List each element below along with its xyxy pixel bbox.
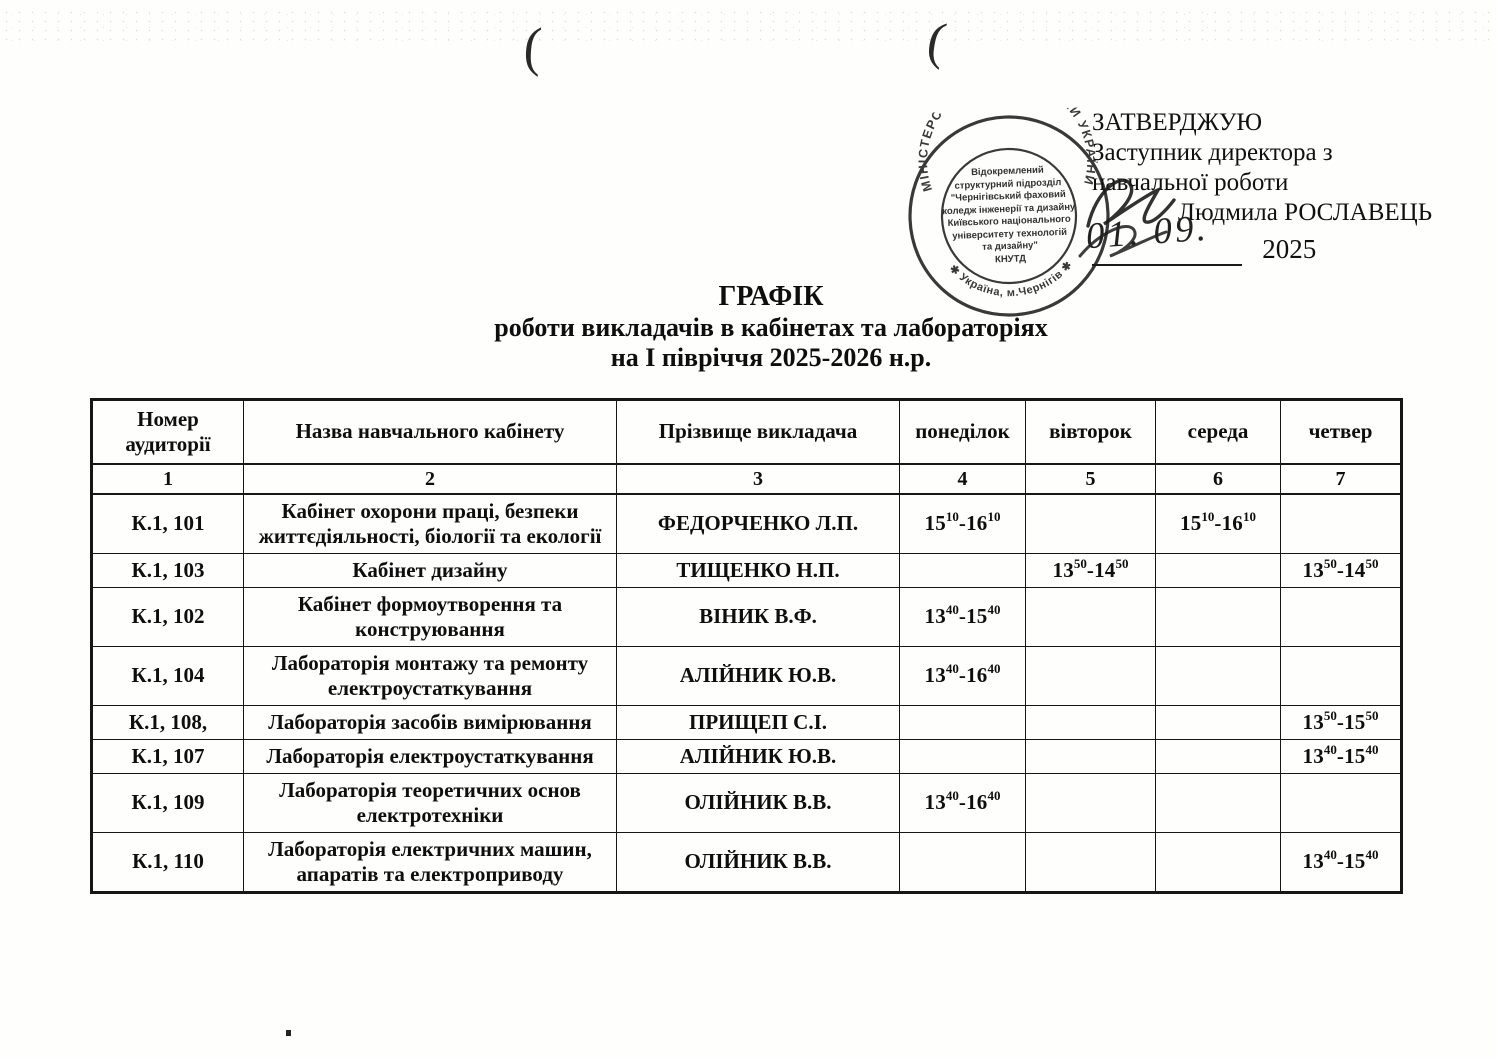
approval-block: ЗАТВЕРДЖУЮ Заступник директора з навчаль…	[1092, 108, 1472, 270]
room-cell: К.1, 102	[92, 587, 244, 646]
tuesday-cell	[1026, 705, 1156, 739]
colnum-7: 7	[1281, 464, 1402, 494]
thursday-cell: 1350-1550	[1281, 705, 1402, 739]
pen-mark-left-paren: (	[522, 16, 544, 79]
wednesday-cell: 1510-1610	[1156, 494, 1281, 554]
tuesday-cell	[1026, 739, 1156, 773]
monday-cell	[900, 739, 1026, 773]
cabinet-cell: Кабінет формоутворення та конструювання	[244, 587, 617, 646]
header-room: Номер аудиторії	[92, 400, 244, 464]
table-header-row: Номер аудиторії Назва навчального кабіне…	[92, 400, 1402, 464]
teacher-cell: ПРИЩЕП С.І.	[617, 705, 900, 739]
room-cell: К.1, 107	[92, 739, 244, 773]
document-title: ГРАФІК роботи викладачів в кабінетах та …	[46, 281, 1496, 373]
room-cell: К.1, 110	[92, 832, 244, 892]
colnum-3: 3	[617, 464, 900, 494]
thursday-cell	[1281, 646, 1402, 705]
title-line2: роботи викладачів в кабінетах та лаборат…	[46, 313, 1496, 343]
cabinet-cell: Кабінет охорони праці, безпеки життєдіял…	[244, 494, 617, 554]
room-cell: К.1, 103	[92, 553, 244, 587]
cabinet-cell: Лабораторія теоретичних основ електротех…	[244, 773, 617, 832]
tuesday-cell: 1350-1450	[1026, 553, 1156, 587]
colnum-5: 5	[1026, 464, 1156, 494]
colnum-2: 2	[244, 464, 617, 494]
tuesday-cell	[1026, 832, 1156, 892]
approval-date-line: 01. 09. 2025	[1092, 234, 1472, 270]
table-row: К.1, 101Кабінет охорони праці, безпеки ж…	[92, 494, 1402, 554]
colnum-4: 4	[900, 464, 1026, 494]
scan-noise-band	[0, 8, 1496, 48]
table-row: К.1, 102Кабінет формоутворення та констр…	[92, 587, 1402, 646]
wednesday-cell	[1156, 587, 1281, 646]
ink-dot-artifact	[286, 1030, 291, 1036]
approval-year: 2025	[1262, 234, 1316, 264]
table-row: К.1, 108,Лабораторія засобів вимірювання…	[92, 705, 1402, 739]
header-tuesday: вівторок	[1026, 400, 1156, 464]
title-line3: на І півріччя 2025-2026 н.р.	[46, 343, 1496, 373]
teacher-cell: ОЛІЙНИК В.В.	[617, 773, 900, 832]
monday-cell: 1340-1540	[900, 587, 1026, 646]
wednesday-cell	[1156, 773, 1281, 832]
column-numbering-row: 1 2 3 4 5 6 7	[92, 464, 1402, 494]
table-row: К.1, 109Лабораторія теоретичних основ ел…	[92, 773, 1402, 832]
table-row: К.1, 110Лабораторія електричних машин, а…	[92, 832, 1402, 892]
colnum-1: 1	[92, 464, 244, 494]
monday-cell: 1510-1610	[900, 494, 1026, 554]
teacher-cell: ВІНИК В.Ф.	[617, 587, 900, 646]
schedule-table-body: К.1, 101Кабінет охорони праці, безпеки ж…	[92, 494, 1402, 893]
thursday-cell: 1340-1540	[1281, 739, 1402, 773]
thursday-cell: 1340-1540	[1281, 832, 1402, 892]
room-cell: К.1, 104	[92, 646, 244, 705]
room-cell: К.1, 109	[92, 773, 244, 832]
header-monday: понеділок	[900, 400, 1026, 464]
cabinet-cell: Лабораторія електроустаткування	[244, 739, 617, 773]
monday-cell: 1340-1640	[900, 646, 1026, 705]
approver-name: Людмила РОСЛАВЕЦЬ	[1178, 198, 1472, 228]
wednesday-cell	[1156, 739, 1281, 773]
title-line1: ГРАФІК	[46, 281, 1496, 313]
tuesday-cell	[1026, 646, 1156, 705]
monday-cell	[900, 553, 1026, 587]
approval-heading: ЗАТВЕРДЖУЮ	[1092, 108, 1472, 138]
teacher-cell: АЛІЙНИК Ю.В.	[617, 739, 900, 773]
teacher-cell: ОЛІЙНИК В.В.	[617, 832, 900, 892]
cabinet-cell: Кабінет дизайну	[244, 553, 617, 587]
thursday-cell	[1281, 494, 1402, 554]
tuesday-cell	[1026, 494, 1156, 554]
thursday-cell: 1350-1450	[1281, 553, 1402, 587]
teacher-cell: АЛІЙНИК Ю.В.	[617, 646, 900, 705]
header-wednesday: середа	[1156, 400, 1281, 464]
approval-position-line1: Заступник директора з	[1092, 138, 1472, 168]
approval-position-line2: навчальної роботи	[1092, 168, 1472, 198]
colnum-6: 6	[1156, 464, 1281, 494]
scanned-document-page: ( ( МІНІСТЕРСТВО ОСВІТИ І НАУКИ УКРАЇНИ …	[0, 0, 1496, 1058]
tuesday-cell	[1026, 773, 1156, 832]
schedule-table: Номер аудиторії Назва навчального кабіне…	[90, 398, 1403, 894]
thursday-cell	[1281, 773, 1402, 832]
header-thursday: четвер	[1281, 400, 1402, 464]
tuesday-cell	[1026, 587, 1156, 646]
wednesday-cell	[1156, 553, 1281, 587]
header-teacher: Прізвище викладача	[617, 400, 900, 464]
teacher-cell: ТИЩЕНКО Н.П.	[617, 553, 900, 587]
table-row: К.1, 107Лабораторія електроустаткуванняА…	[92, 739, 1402, 773]
header-cabinet: Назва навчального кабінету	[244, 400, 617, 464]
monday-cell	[900, 705, 1026, 739]
stamp-center-text: Відокремленийструктурний підрозділ"Черні…	[940, 164, 1077, 269]
room-cell: К.1, 108,	[92, 705, 244, 739]
room-cell: К.1, 101	[92, 494, 244, 554]
wednesday-cell	[1156, 646, 1281, 705]
table-row: К.1, 103Кабінет дизайнуТИЩЕНКО Н.П.1350-…	[92, 553, 1402, 587]
cabinet-cell: Лабораторія монтажу та ремонту електроус…	[244, 646, 617, 705]
monday-cell	[900, 832, 1026, 892]
handwritten-date: 01. 09.	[1085, 214, 1210, 252]
monday-cell: 1340-1640	[900, 773, 1026, 832]
cabinet-cell: Лабораторія електричних машин, апаратів …	[244, 832, 617, 892]
teacher-cell: ФЕДОРЧЕНКО Л.П.	[617, 494, 900, 554]
cabinet-cell: Лабораторія засобів вимірювання	[244, 705, 617, 739]
table-row: К.1, 104Лабораторія монтажу та ремонту е…	[92, 646, 1402, 705]
thursday-cell	[1281, 587, 1402, 646]
wednesday-cell	[1156, 705, 1281, 739]
wednesday-cell	[1156, 832, 1281, 892]
